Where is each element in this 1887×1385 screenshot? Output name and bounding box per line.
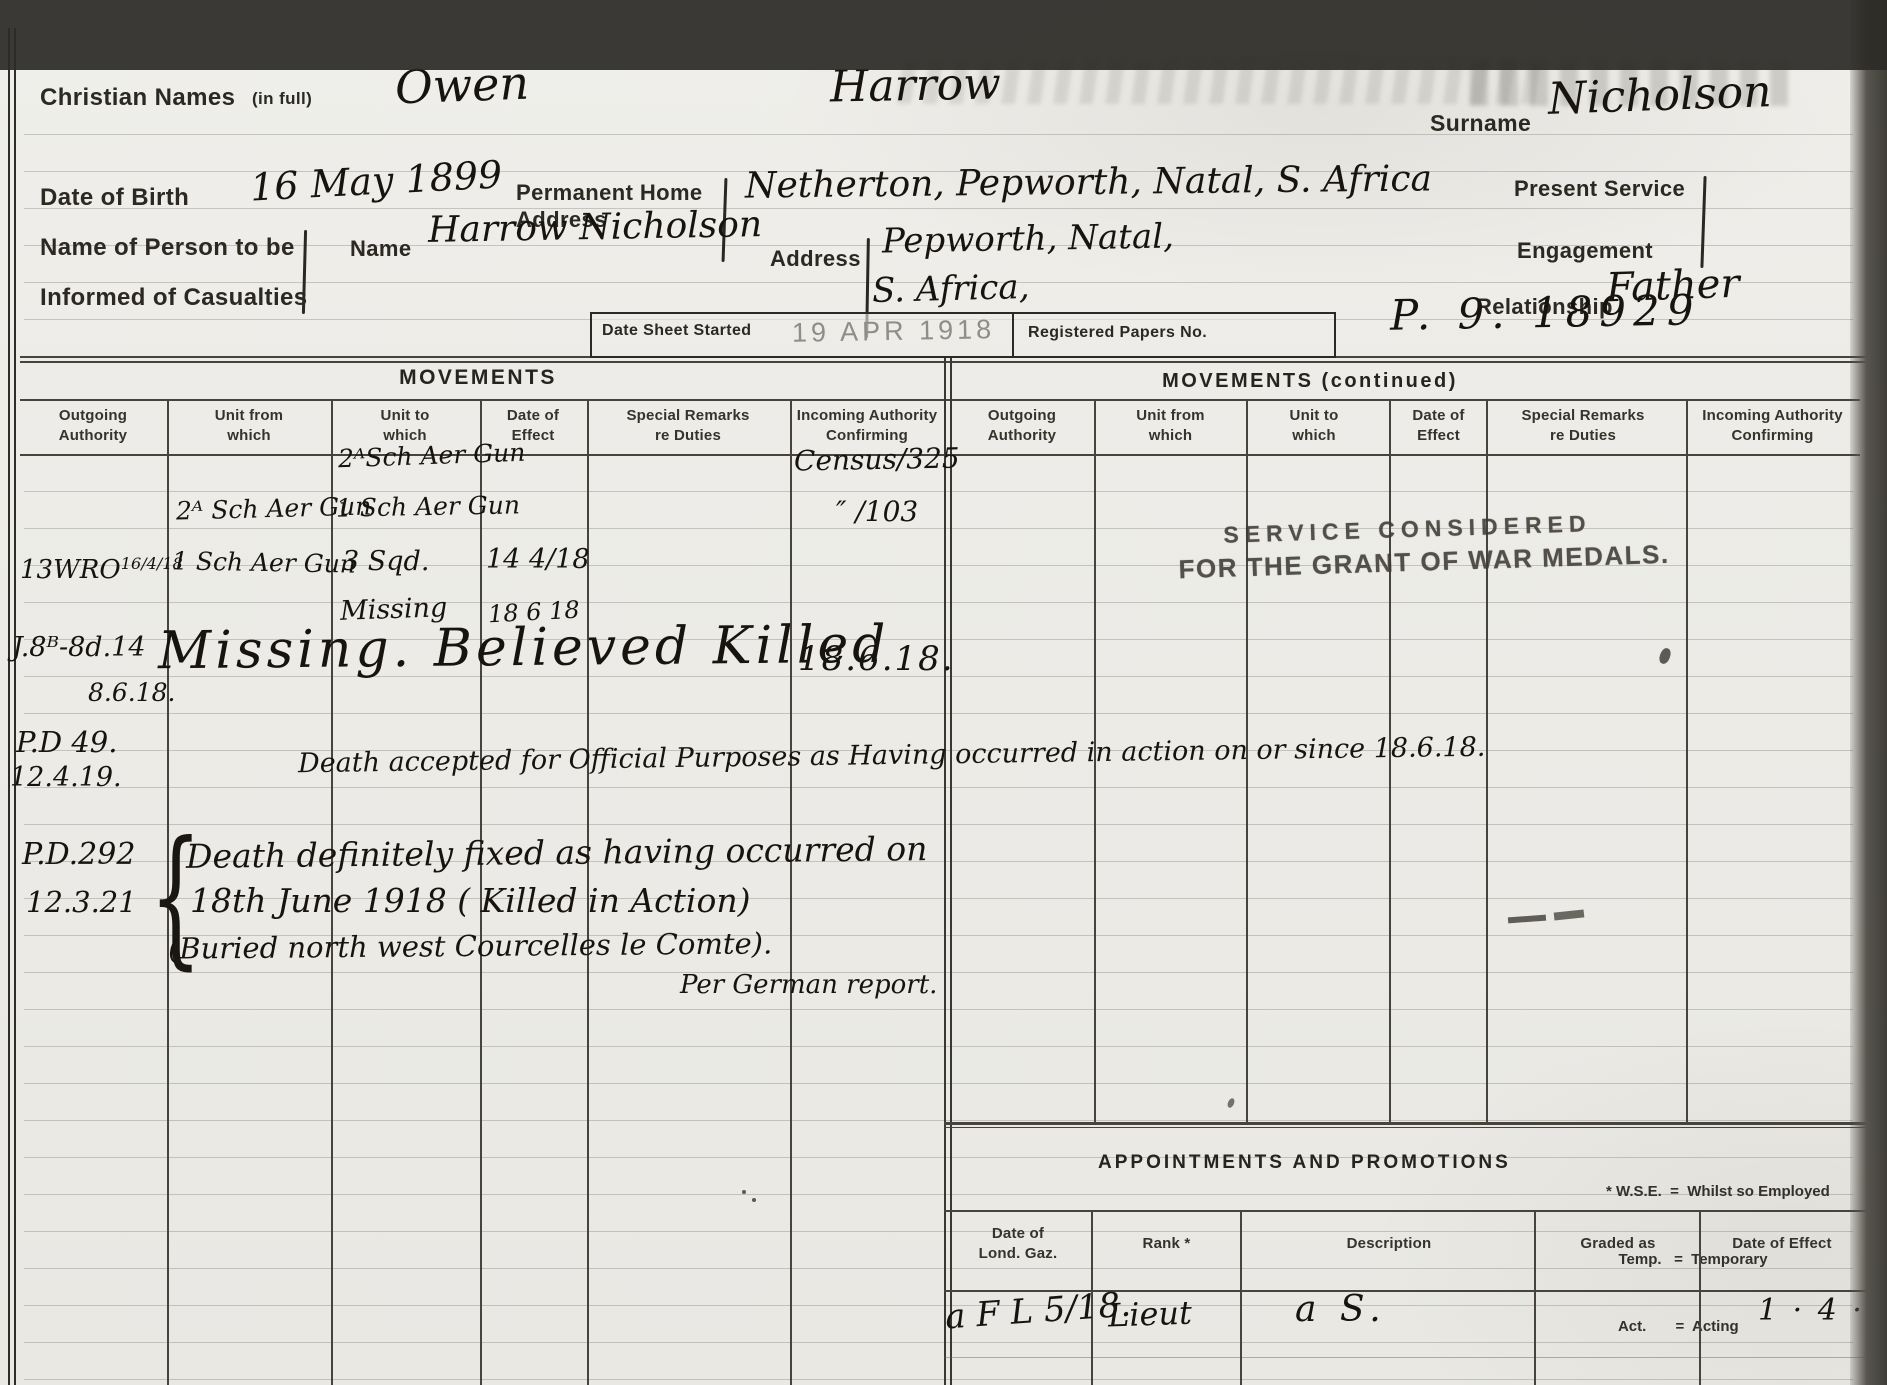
christian-name-value: Owen xyxy=(394,60,529,111)
col-label: Date of xyxy=(507,407,559,424)
page-edge-line xyxy=(8,28,10,1385)
informed-name-value: Harrow Nicholson xyxy=(428,207,763,249)
col-unit-to: Unit to which xyxy=(1249,406,1379,446)
col-label: which xyxy=(227,427,271,444)
appointments-row-rule xyxy=(944,1357,1887,1358)
permanent-home-label-line1: Permanent Home xyxy=(516,180,703,206)
col-date-of-lond-gaz: Date of Lond. Gaz. xyxy=(948,1224,1088,1264)
informed-label-line2: Informed of Casualties xyxy=(40,284,308,312)
dob-value: 16 May 1899 xyxy=(249,155,503,206)
appointments-title: APPOINTMENTS AND PROMOTIONS xyxy=(1098,1152,1511,1174)
col-date-of-effect: Date of Effect xyxy=(1391,406,1486,446)
dob-label: Date of Birth xyxy=(40,184,189,212)
movement-remark-source-line: Per German report. xyxy=(680,972,937,998)
registered-papers-label: Registered Papers No. xyxy=(1028,324,1207,342)
movement-remark-death-accepted: Death accepted for Official Purposes as … xyxy=(298,734,1486,778)
ink-smudge xyxy=(1508,915,1546,924)
col-label: Date of xyxy=(1412,407,1464,424)
col-unit-from: Unit from which xyxy=(1098,406,1243,446)
movement-unit-to: 1 Sch Aer Gun xyxy=(336,492,520,520)
col-label: Confirming xyxy=(1732,427,1814,444)
appointments-rule xyxy=(944,1210,1887,1212)
movement-unit-to: 3 Sqd. xyxy=(342,548,429,575)
appointments-top-rule xyxy=(944,1127,1887,1128)
section-divider xyxy=(20,361,1887,363)
movement-remark-missing-believed-killed: Missing. Believed Killed xyxy=(158,619,890,677)
column-divider-line xyxy=(1699,1210,1701,1385)
brace-mark xyxy=(1700,176,1706,268)
present-service-label-line2: Engagement xyxy=(1517,238,1653,264)
appointments-legend: * W.S.E. = Whilst so Employed Temp. = Te… xyxy=(1606,1136,1830,1384)
col-special-remarks: Special Remarks re Duties xyxy=(593,406,783,446)
col-label: Unit to xyxy=(1290,407,1339,424)
ink-smudge xyxy=(1554,909,1585,920)
surname-value: Nicholson xyxy=(1547,70,1772,122)
column-divider-line xyxy=(1486,399,1488,1122)
legend-line: * W.S.E. = Whilst so Employed xyxy=(1606,1181,1830,1204)
movements-continued-title: MOVEMENTS (continued) xyxy=(1110,370,1510,393)
movement-outgoing-authority: P.D 49. xyxy=(16,728,117,757)
col-label: Unit to xyxy=(381,407,430,424)
date-sheet-started-label: Date Sheet Started xyxy=(602,322,751,340)
movement-outgoing-authority: 12.3.21 xyxy=(26,888,137,917)
col-label: Unit from xyxy=(215,407,283,424)
informed-address-line1: Pepworth, Natal, xyxy=(882,219,1174,258)
movement-incoming-authority: ″ /103 xyxy=(836,498,918,526)
col-graded-as: Graded as xyxy=(1538,1234,1698,1254)
col-label: Date of xyxy=(992,1225,1044,1242)
name-label: Name xyxy=(350,236,412,262)
movements-title: MOVEMENTS xyxy=(378,366,578,390)
in-full-label: (in full) xyxy=(252,89,312,109)
col-label: Special Remarks xyxy=(626,407,749,424)
scan-edge-band xyxy=(1850,0,1887,1385)
appointment-date-of-effect: 1 · 4 · 18 xyxy=(1758,1296,1887,1326)
col-label: re Duties xyxy=(655,427,721,444)
service-record-sheet: Christian Names (in full) Owen Harrow Su… xyxy=(0,0,1887,1385)
movement-date-of-effect: 14 4/18 xyxy=(486,546,590,573)
table-rule xyxy=(20,399,1860,401)
col-label: Effect xyxy=(1417,427,1460,444)
col-label: Special Remarks xyxy=(1521,407,1644,424)
column-divider-line xyxy=(1240,1210,1242,1385)
surname-label: Surname xyxy=(1430,110,1531,137)
col-unit-from: Unit from which xyxy=(174,406,324,446)
col-label: Lond. Gaz. xyxy=(979,1245,1058,1262)
col-outgoing-authority: Outgoing Authority xyxy=(952,406,1092,446)
movement-outgoing-authority: 12.4.19. xyxy=(10,764,122,791)
movement-outgoing-authority: 8.6.18. xyxy=(88,680,175,705)
col-incoming-authority: Incoming Authority Confirming xyxy=(1690,406,1855,446)
middle-name-value: Harrow xyxy=(830,63,1002,110)
ink-mark xyxy=(742,1190,746,1194)
movement-remark-death-fixed-line2: 18th June 1918 ( Killed in Action) xyxy=(190,884,750,917)
col-label: Unit from xyxy=(1136,407,1204,424)
movement-remark-burial-line: (Buried north west Courcelles le Comte). xyxy=(168,929,772,963)
movement-incoming-authority: Census/325 xyxy=(794,445,960,476)
ink-mark xyxy=(1226,1097,1236,1109)
col-incoming-authority: Incoming Authority Confirming xyxy=(792,406,942,446)
appointments-top-rule xyxy=(944,1122,1887,1125)
col-date-of-effect: Date of Effect xyxy=(1702,1234,1862,1254)
col-rank: Rank * xyxy=(1094,1234,1239,1254)
movement-outgoing-authority: P.D.292 xyxy=(22,840,135,870)
page-edge-line xyxy=(14,28,16,1385)
col-label: re Duties xyxy=(1550,427,1616,444)
box-divider-line xyxy=(1012,314,1014,356)
col-label: Authority xyxy=(988,427,1056,444)
column-divider-line xyxy=(1686,399,1688,1122)
movement-unit-from: 1 Sch Aer Gun xyxy=(172,548,356,576)
movement-outgoing-authority: J.8ᴮ-8d.14 xyxy=(12,634,146,661)
movement-incoming-authority: 18.6.18. xyxy=(798,642,955,676)
col-outgoing-authority: Outgoing Authority xyxy=(23,406,163,446)
column-divider-line xyxy=(790,399,792,1385)
movement-unit-to: 2ᴬSch Aer Gun xyxy=(338,440,526,472)
informed-label-line1: Name of Person to be xyxy=(40,234,295,262)
outgoing-ref: 13WRO xyxy=(20,555,121,585)
col-label: Outgoing xyxy=(59,407,127,424)
address-label: Address xyxy=(770,246,861,272)
column-divider-line xyxy=(1534,1210,1536,1385)
movement-outgoing-authority: 13WRO16/4/18 xyxy=(20,556,183,583)
home-address-value: Netherton, Pepworth, Natal, S. Africa xyxy=(745,161,1432,204)
date-received-stamp: 19 APR 1918 xyxy=(792,314,996,349)
col-label: Incoming Authority xyxy=(797,407,938,424)
col-description: Description xyxy=(1244,1234,1534,1254)
col-special-remarks: Special Remarks re Duties xyxy=(1488,406,1678,446)
ink-mark xyxy=(752,1198,756,1202)
table-center-divider xyxy=(944,358,946,1385)
col-label: which xyxy=(1149,427,1193,444)
col-label: Outgoing xyxy=(988,407,1056,424)
col-label: Authority xyxy=(59,427,127,444)
ink-mark xyxy=(1658,647,1673,665)
appointment-description: a S. xyxy=(1295,1292,1387,1328)
col-label: Incoming Authority xyxy=(1702,407,1843,424)
informed-address-line2: S. Africa, xyxy=(872,270,1030,308)
file-number-value: P. 9. 18929 xyxy=(1390,289,1701,336)
present-service-label-line1: Present Service xyxy=(1514,176,1685,202)
appointment-rank: Lieut xyxy=(1107,1297,1192,1332)
appointment-date-lond-gaz: a F L 5/18. xyxy=(944,1288,1132,1335)
christian-names-label: Christian Names xyxy=(40,84,235,112)
movement-remark-death-fixed-line1: Death definitely fixed as having occurre… xyxy=(186,832,928,873)
col-label: which xyxy=(1292,427,1336,444)
col-label: Confirming xyxy=(826,427,908,444)
